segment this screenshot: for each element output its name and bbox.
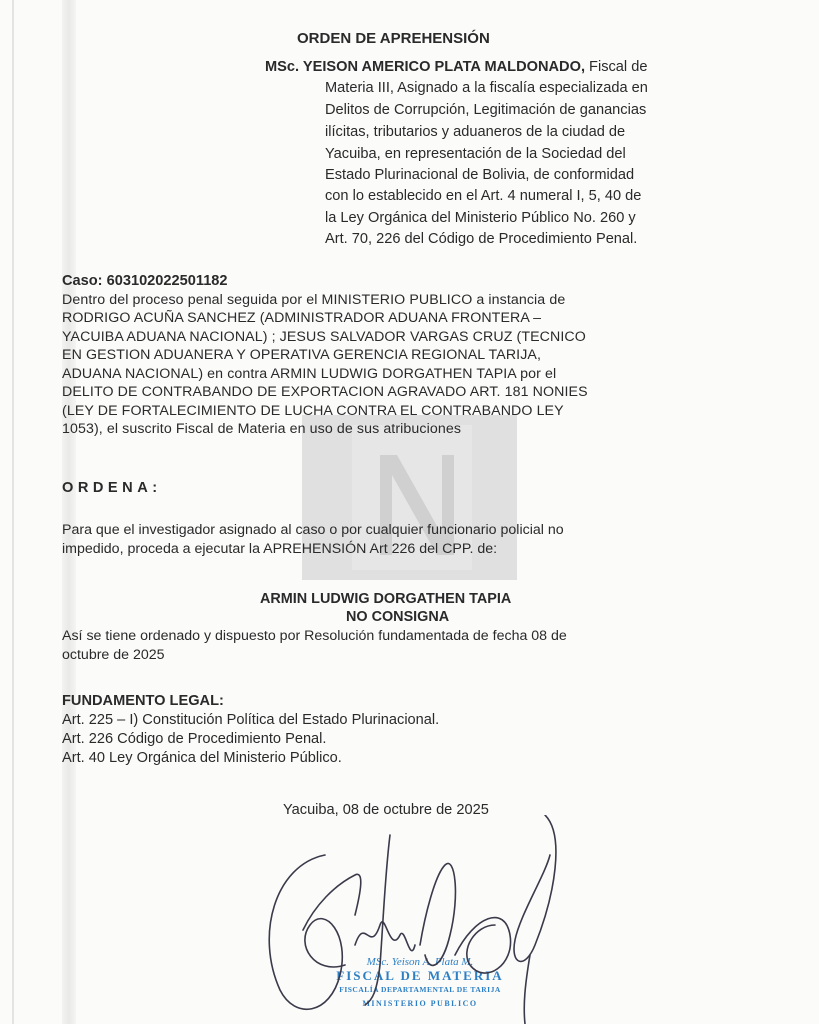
intro-line: Materia III, Asignado a la fiscalía espe… — [325, 80, 648, 96]
case-line: (LEY DE FORTALECIMIENTO DE LUCHA CONTRA … — [62, 403, 564, 419]
accused-id: NO CONSIGNA — [346, 609, 449, 625]
case-line: RODRIGO ACUÑA SANCHEZ (ADMINISTRADOR ADU… — [62, 310, 541, 326]
case-line: 1053), el suscrito Fiscal de Materia en … — [62, 421, 461, 437]
legal-basis-item: Art. 225 – I) Constitución Política del … — [62, 712, 439, 728]
signature — [255, 815, 575, 1024]
intro-line: Estado Plurinacional de Bolivia, de conf… — [325, 167, 634, 183]
resolution-line: Así se tiene ordenado y dispuesto por Re… — [62, 628, 567, 644]
intro-first-line-rest: Fiscal de — [585, 59, 647, 75]
intro-line: con lo establecido en el Art. 4 numeral … — [325, 188, 641, 204]
prosecutor-name: MSc. YEISON AMERICO PLATA MALDONADO, — [265, 59, 585, 75]
document-title: ORDEN DE APREHENSIÓN — [297, 31, 490, 47]
legal-basis-heading: FUNDAMENTO LEGAL: — [62, 693, 224, 709]
case-line: YACUIBA ADUANA NACIONAL) ; JESUS SALVADO… — [62, 329, 586, 345]
resolution-line: octubre de 2025 — [62, 647, 165, 663]
ordena-heading: ORDENA: — [62, 480, 162, 496]
intro-line: Art. 70, 226 del Código de Procedimiento… — [325, 231, 637, 247]
document-page: ORDEN DE APREHENSIÓN MSc. YEISON AMERICO… — [0, 0, 819, 1024]
intro-line: Delitos de Corrupción, Legitimación de g… — [325, 102, 646, 118]
intro-line: ilícitas, tributarios y aduaneros de la … — [325, 124, 625, 140]
intro-line: la Ley Orgánica del Ministerio Público N… — [325, 210, 636, 226]
case-line: DELITO DE CONTRABANDO DE EXPORTACION AGR… — [62, 384, 588, 400]
intro-first-line: MSc. YEISON AMERICO PLATA MALDONADO, Fis… — [265, 59, 647, 75]
case-line: EN GESTION ADUANERA Y OPERATIVA GERENCIA… — [62, 347, 541, 363]
accused-name: ARMIN LUDWIG DORGATHEN TAPIA — [260, 591, 511, 607]
ordena-line: impedido, proceda a ejecutar la APREHENS… — [62, 541, 497, 557]
intro-line: Yacuiba, en representación de la Socieda… — [325, 146, 626, 162]
legal-basis-item: Art. 40 Ley Orgánica del Ministerio Públ… — [62, 750, 342, 766]
legal-basis-item: Art. 226 Código de Procedimiento Penal. — [62, 731, 326, 747]
ordena-line: Para que el investigador asignado al cas… — [62, 522, 564, 538]
case-number: Caso: 603102022501182 — [62, 273, 228, 289]
case-line: ADUANA NACIONAL) en contra ARMIN LUDWIG … — [62, 366, 556, 382]
case-line: Dentro del proceso penal seguida por el … — [62, 292, 565, 308]
